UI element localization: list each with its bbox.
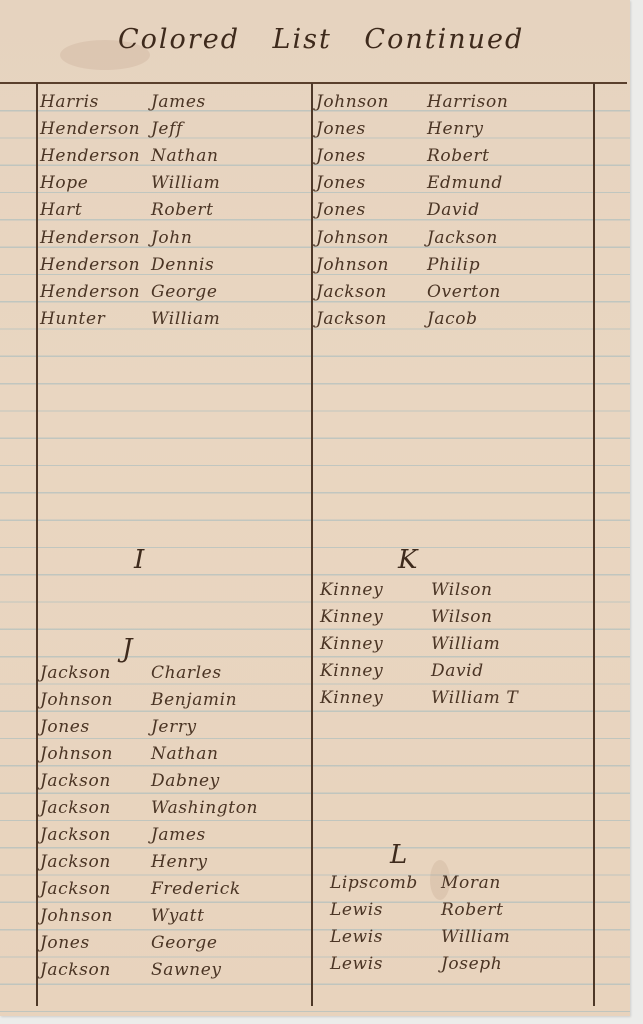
given-name: Dennis <box>151 255 214 275</box>
surname: Lipscomb <box>330 873 435 893</box>
surname: Jackson <box>316 309 421 329</box>
surname: Henderson <box>40 255 145 275</box>
surname: Kinney <box>320 634 425 654</box>
given-name: Jeff <box>151 119 183 139</box>
name-entry: Jackson Henry <box>40 852 208 872</box>
surname: Kinney <box>320 661 425 681</box>
name-entry: Hunter William <box>40 309 220 329</box>
given-name: Benjamin <box>151 690 237 710</box>
given-name: David <box>427 200 480 220</box>
name-entry: Hope William <box>40 173 220 193</box>
name-entry: Johnson Benjamin <box>40 690 237 710</box>
name-entry: Jones Robert <box>316 146 490 166</box>
surname: Jackson <box>40 879 145 899</box>
name-entry: Kinney David <box>320 661 484 681</box>
surname: Hart <box>40 200 145 220</box>
surname: Jones <box>40 933 145 953</box>
name-entry: Kinney William T <box>320 688 518 708</box>
name-entry: Harris James <box>40 92 206 112</box>
page-title: Colored List Continued <box>118 24 538 55</box>
surname: Kinney <box>320 607 425 627</box>
name-entry: Henderson George <box>40 282 218 302</box>
section-letter-l: L <box>390 840 407 870</box>
name-entry: Kinney William <box>320 634 500 654</box>
surname: Henderson <box>40 119 145 139</box>
surname: Jackson <box>40 798 145 818</box>
name-entry: Lewis Joseph <box>330 954 502 974</box>
surname: Jackson <box>316 282 421 302</box>
name-entry: Lipscomb Moran <box>330 873 501 893</box>
name-entry: Lewis William <box>330 927 510 947</box>
given-name: Frederick <box>151 879 241 899</box>
surname: Johnson <box>40 744 145 764</box>
given-name: George <box>151 933 218 953</box>
name-entry: Jones Edmund <box>316 173 503 193</box>
header-divider-line <box>0 82 627 84</box>
given-name: Wilson <box>431 607 493 627</box>
name-entry: Johnson Philip <box>316 255 480 275</box>
given-name: William T <box>431 688 518 708</box>
given-name: Wyatt <box>151 906 205 926</box>
surname: Kinney <box>320 688 425 708</box>
name-entry: Jackson Overton <box>316 282 501 302</box>
given-name: Nathan <box>151 744 218 764</box>
surname: Jones <box>316 119 421 139</box>
section-letter-j: J <box>122 634 132 664</box>
name-entry: Johnson Jackson <box>316 228 498 248</box>
given-name: Dabney <box>151 771 220 791</box>
surname: Hunter <box>40 309 145 329</box>
name-entry: Jackson Jacob <box>316 309 478 329</box>
surname: Kinney <box>320 580 425 600</box>
given-name: Robert <box>427 146 490 166</box>
center-column-divider <box>311 83 313 1006</box>
given-name: Edmund <box>427 173 503 193</box>
section-letter-k: K <box>398 545 417 575</box>
surname: Jones <box>316 146 421 166</box>
surname: Hope <box>40 173 145 193</box>
ledger-page: Colored List Continued Harris James Hend… <box>0 0 630 1016</box>
surname: Jones <box>40 717 145 737</box>
given-name: Washington <box>151 798 258 818</box>
surname: Jackson <box>40 663 145 683</box>
given-name: Harrison <box>427 92 508 112</box>
name-entry: Jackson Dabney <box>40 771 220 791</box>
name-entry: Kinney Wilson <box>320 607 493 627</box>
name-entry: Johnson Harrison <box>316 92 508 112</box>
given-name: Robert <box>441 900 504 920</box>
given-name: Joseph <box>441 954 502 974</box>
left-margin-line <box>36 83 38 1006</box>
given-name: James <box>151 825 206 845</box>
given-name: Charles <box>151 663 222 683</box>
surname: Jones <box>316 173 421 193</box>
name-entry: Jackson James <box>40 825 206 845</box>
name-entry: Henderson John <box>40 228 192 248</box>
given-name: James <box>151 92 206 112</box>
given-name: Wilson <box>431 580 493 600</box>
given-name: George <box>151 282 218 302</box>
name-entry: Johnson Wyatt <box>40 906 205 926</box>
name-entry: Jones George <box>40 933 218 953</box>
surname: Johnson <box>40 690 145 710</box>
surname: Henderson <box>40 146 145 166</box>
surname: Henderson <box>40 228 145 248</box>
name-entry: Henderson Nathan <box>40 146 219 166</box>
name-entry: Jackson Sawney <box>40 960 222 980</box>
given-name: Nathan <box>151 146 218 166</box>
surname: Johnson <box>316 255 421 275</box>
surname: Johnson <box>316 228 421 248</box>
name-entry: Jackson Frederick <box>40 879 241 899</box>
given-name: David <box>431 661 484 681</box>
given-name: John <box>151 228 192 248</box>
name-entry: Henderson Jeff <box>40 119 183 139</box>
surname: Johnson <box>40 906 145 926</box>
given-name: Jackson <box>427 228 498 248</box>
given-name: Jacob <box>427 309 478 329</box>
given-name: Moran <box>441 873 501 893</box>
section-letter-i: I <box>134 545 144 575</box>
given-name: William <box>441 927 510 947</box>
surname: Jackson <box>40 771 145 791</box>
given-name: Robert <box>151 200 214 220</box>
name-entry: Jackson Washington <box>40 798 258 818</box>
given-name: Henry <box>427 119 484 139</box>
name-entry: Henderson Dennis <box>40 255 214 275</box>
surname: Lewis <box>330 900 435 920</box>
right-margin-line <box>593 83 595 1006</box>
surname: Jackson <box>40 852 145 872</box>
name-entry: Kinney Wilson <box>320 580 493 600</box>
surname: Harris <box>40 92 145 112</box>
given-name: Philip <box>427 255 480 275</box>
name-entry: Jackson Charles <box>40 663 222 683</box>
surname: Jackson <box>40 960 145 980</box>
name-entry: Hart Robert <box>40 200 214 220</box>
surname: Lewis <box>330 927 435 947</box>
given-name: Henry <box>151 852 208 872</box>
given-name: Sawney <box>151 960 222 980</box>
surname: Henderson <box>40 282 145 302</box>
name-entry: Lewis Robert <box>330 900 504 920</box>
name-entry: Jones Henry <box>316 119 484 139</box>
ruled-lines <box>0 84 630 1016</box>
surname: Jackson <box>40 825 145 845</box>
given-name: William <box>151 309 220 329</box>
given-name: William <box>431 634 500 654</box>
given-name: Overton <box>427 282 501 302</box>
surname: Johnson <box>316 92 421 112</box>
name-entry: Johnson Nathan <box>40 744 219 764</box>
given-name: Jerry <box>151 717 197 737</box>
surname: Jones <box>316 200 421 220</box>
name-entry: Jones David <box>316 200 480 220</box>
given-name: William <box>151 173 220 193</box>
name-entry: Jones Jerry <box>40 717 197 737</box>
surname: Lewis <box>330 954 435 974</box>
